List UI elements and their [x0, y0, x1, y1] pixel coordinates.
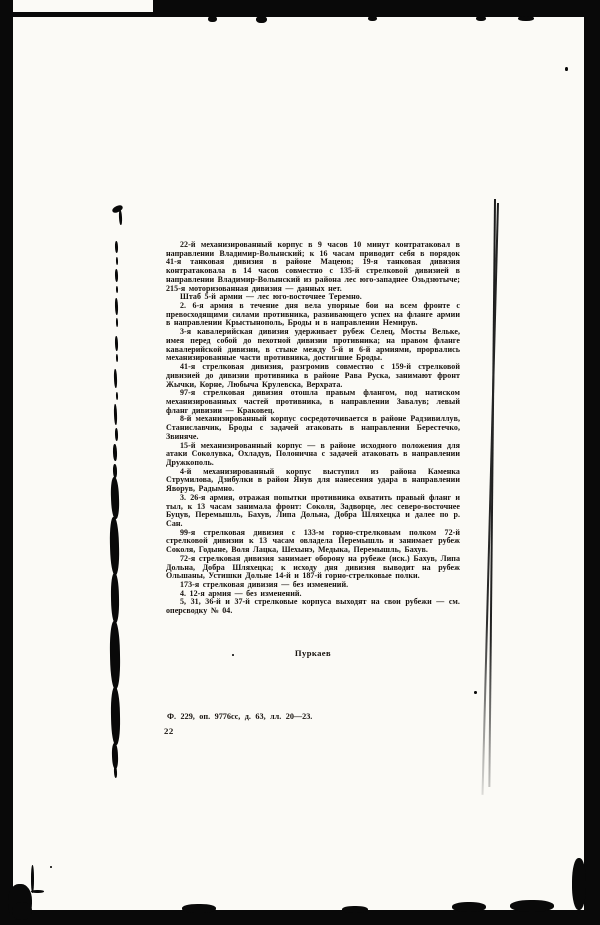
scan-smudge [50, 866, 52, 868]
paragraph: 2. 6-я армия в течение дня вела упорные … [166, 302, 460, 328]
scan-smudge [116, 286, 118, 293]
scan-smudge [114, 404, 118, 425]
scan-smudge [119, 210, 123, 225]
page-number: 22 [164, 726, 174, 736]
scan-smudge [110, 477, 119, 519]
paragraph: 22-й механизированный корпус в 9 часов 1… [166, 241, 460, 293]
scan-smudge [368, 16, 377, 21]
scan-smudge [208, 16, 217, 22]
scan-smudge [111, 573, 120, 623]
paragraph: 5, 31, 36-й и 37-й стрелковые корпуса вы… [166, 598, 460, 615]
scan-smudge [452, 902, 486, 912]
scan-smudge [232, 654, 234, 656]
paragraph: 3. 26-я армия, отражая попытки противник… [166, 494, 460, 529]
scan-smudge [110, 687, 120, 745]
scan-smudge [111, 204, 124, 214]
scan-smudge [115, 269, 118, 282]
document-body: 22-й механизированный корпус в 9 часов 1… [166, 241, 460, 616]
scan-border-bottom [0, 910, 600, 925]
scan-smudge [113, 444, 118, 461]
scan-smudge [113, 464, 117, 478]
scan-smudge [256, 16, 267, 23]
paragraph: 99-я стрелковая дивизия с 133-м горно-ст… [166, 529, 460, 555]
paragraph: 97-я стрелковая дивизия отошла правым фл… [166, 389, 460, 415]
scan-smudge [31, 865, 34, 893]
paragraph: 41-я стрелковая дивизия, разгромив совме… [166, 363, 460, 389]
paragraph: 8-й механизированный корпус сосредоточив… [166, 415, 460, 441]
paragraph: 72-я стрелковая дивизия занимает оборону… [166, 555, 460, 581]
scan-smudge [182, 904, 216, 913]
scan-smudge [115, 241, 118, 253]
paragraph: 15-й механизированный корпус — в районе … [166, 442, 460, 468]
scan-smudge [116, 392, 118, 400]
scanned-document-page: 22-й механизированный корпус в 9 часов 1… [0, 0, 600, 925]
scan-smudge [565, 67, 568, 71]
signature: Пуркаев [166, 648, 460, 658]
archive-reference: Ф. 229, оп. 9776сс, д. 63, лл. 20—23. [167, 712, 312, 721]
scan-smudge [572, 858, 586, 910]
scan-smudge [116, 257, 118, 265]
scan-smudge [476, 16, 486, 21]
scan-smudge [115, 298, 119, 315]
scan-smudge [510, 900, 554, 912]
scan-smudge [31, 890, 44, 893]
scan-smudge [115, 428, 118, 441]
paragraph: 3-я кавалерийская дивизия удерживает руб… [166, 328, 460, 363]
scan-smudge [342, 906, 368, 913]
scan-smudge [115, 336, 119, 351]
scan-smudge [109, 621, 120, 689]
scan-border-left [0, 0, 13, 925]
scan-smudge [518, 16, 534, 21]
scan-smudge [116, 354, 118, 362]
scan-border-right [584, 0, 600, 925]
scan-smudge [12, 902, 32, 920]
scan-smudge [474, 691, 477, 694]
scan-smudge [116, 318, 118, 327]
paragraph: 4-й механизированный корпус выступил из … [166, 468, 460, 494]
scan-border-notch [13, 0, 153, 12]
scan-smudge [114, 369, 118, 388]
scan-smudge [109, 517, 120, 575]
